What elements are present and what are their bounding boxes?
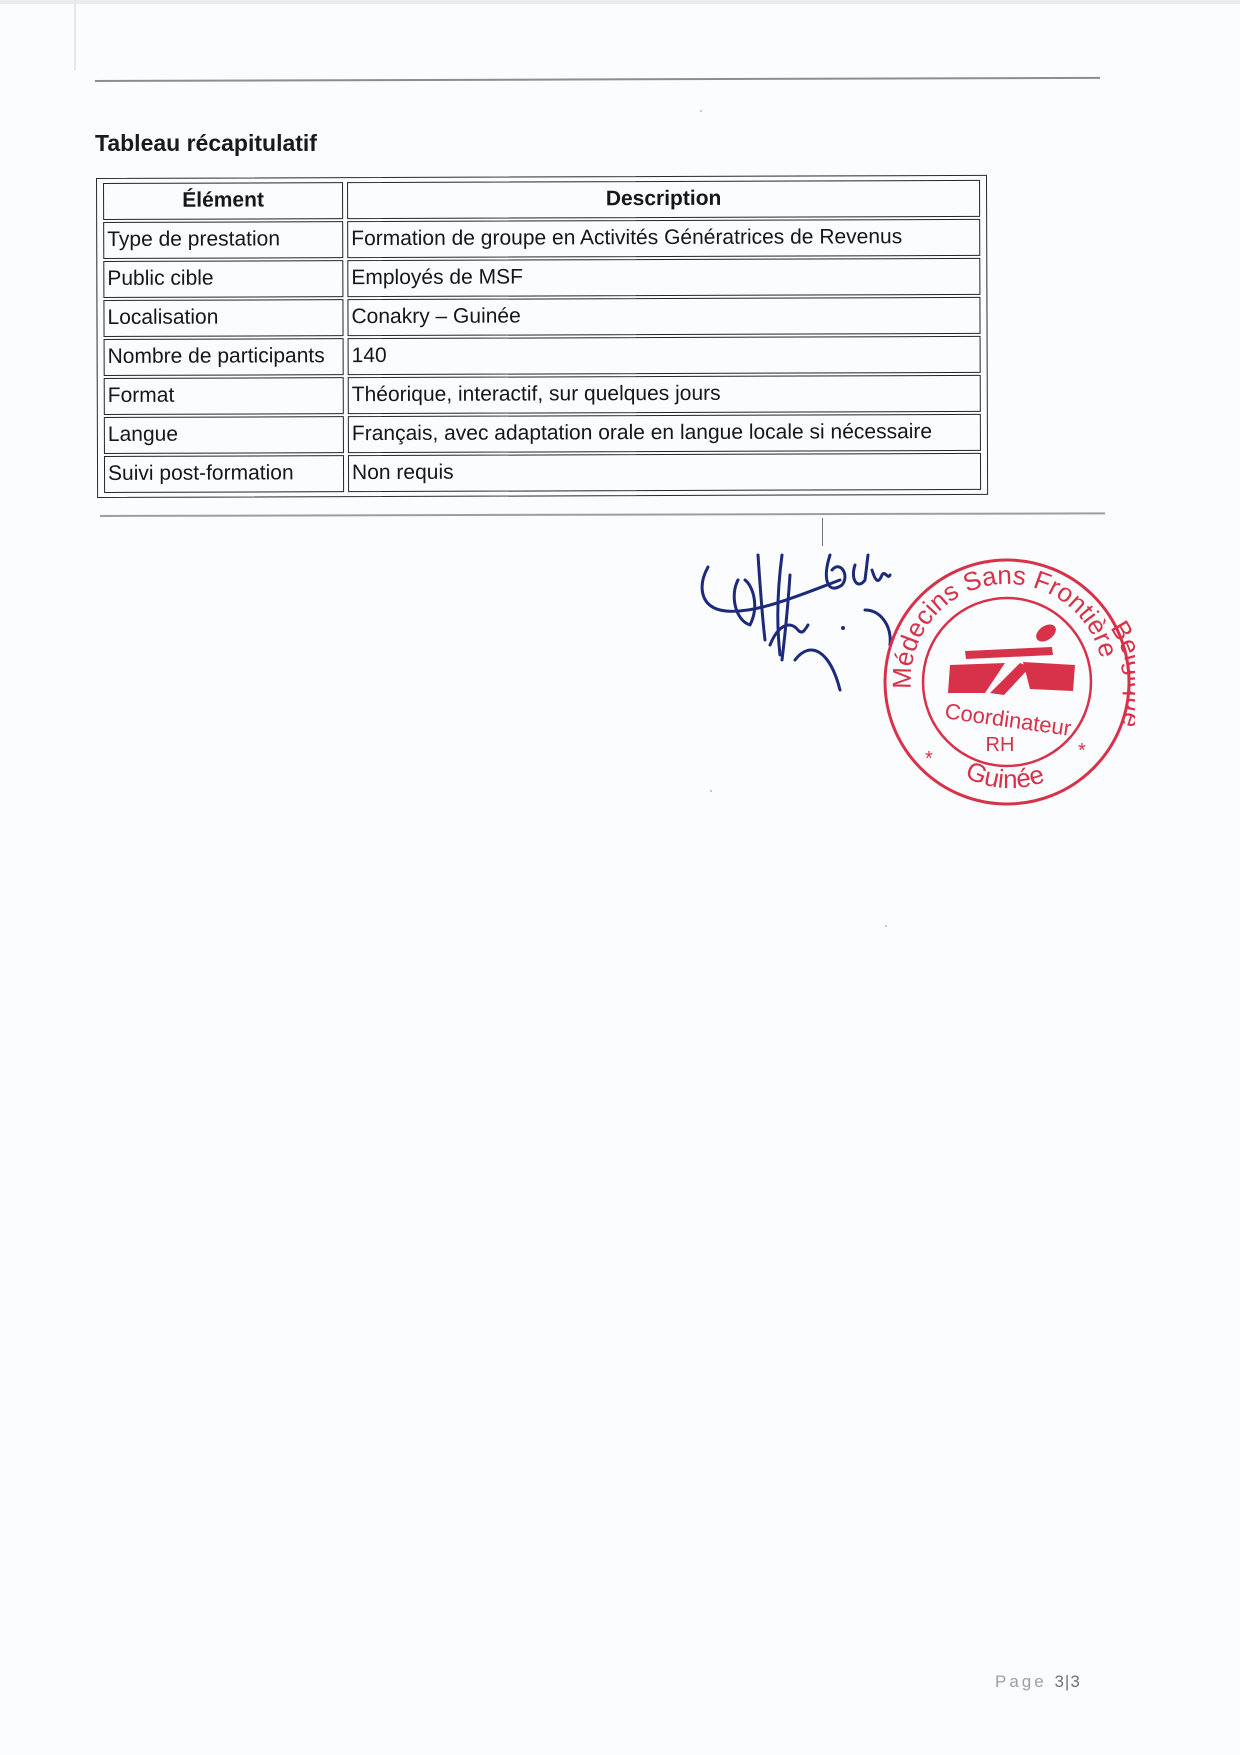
scan-edge-top: [0, 0, 1240, 4]
row-element: Public cible: [103, 260, 343, 298]
scan-speck: [710, 790, 712, 792]
header-rule: [95, 77, 1100, 82]
page-label: Page: [995, 1672, 1047, 1691]
svg-text:*: *: [925, 748, 933, 770]
row-description: 140: [348, 336, 981, 375]
row-description: Conakry – Guinée: [347, 297, 980, 336]
scan-speck: [700, 110, 702, 112]
row-element: Type de prestation: [103, 221, 343, 259]
row-description: Non requis: [348, 453, 981, 492]
footer-rule: [100, 512, 1105, 517]
row-description: Formation de groupe en Activités Générat…: [347, 219, 980, 258]
signature-icon: [690, 525, 900, 700]
scan-edge-left: [74, 0, 76, 70]
table-row: Localisation Conakry – Guinée: [103, 297, 980, 337]
page-current: 3: [1054, 1672, 1064, 1691]
row-description: Théorique, interactif, sur quelques jour…: [348, 375, 981, 414]
table-header-row: Élément Description: [103, 180, 980, 220]
row-element: Format: [104, 377, 344, 415]
row-description: Français, avec adaptation orale en langu…: [348, 414, 981, 453]
table-row: Suivi post-formation Non requis: [104, 453, 981, 493]
svg-text:Guinée: Guinée: [962, 755, 1048, 794]
svg-text:Belgique: Belgique: [1105, 615, 1135, 732]
summary-table-frame: Élément Description Type de prestation F…: [96, 175, 988, 498]
stamp-line2: RH: [986, 734, 1015, 756]
table-row: Format Théorique, interactif, sur quelqu…: [104, 375, 981, 415]
stamp-text-bottom: Guinée: [962, 755, 1048, 794]
stamp-text-right: Belgique: [1105, 615, 1135, 732]
svg-text:Médecins Sans Frontières: Médecins Sans Frontières: [880, 555, 1124, 689]
scan-speck: [885, 925, 887, 927]
row-description: Employés de MSF: [347, 258, 980, 297]
table-row: Nombre de participants 140: [104, 336, 981, 376]
page-footer: Page 3|3: [995, 1672, 1081, 1692]
row-element: Nombre de participants: [104, 338, 344, 376]
msf-stamp-icon: Médecins Sans Frontières Belgique Guinée…: [880, 555, 1135, 810]
stamp-text-top: Médecins Sans Frontières: [880, 555, 1124, 689]
header-element: Élément: [103, 182, 343, 220]
section-title: Tableau récapitulatif: [95, 130, 317, 157]
table-row: Type de prestation Formation de groupe e…: [103, 219, 980, 259]
row-element: Langue: [104, 416, 344, 454]
row-element: Suivi post-formation: [104, 455, 344, 493]
page-total: 3: [1070, 1672, 1080, 1691]
svg-text:*: *: [1078, 740, 1086, 762]
row-element: Localisation: [103, 299, 343, 337]
table-row: Public cible Employés de MSF: [103, 258, 980, 298]
table-row: Langue Français, avec adaptation orale e…: [104, 414, 981, 454]
header-description: Description: [347, 180, 980, 219]
summary-table: Élément Description Type de prestation F…: [99, 178, 985, 495]
